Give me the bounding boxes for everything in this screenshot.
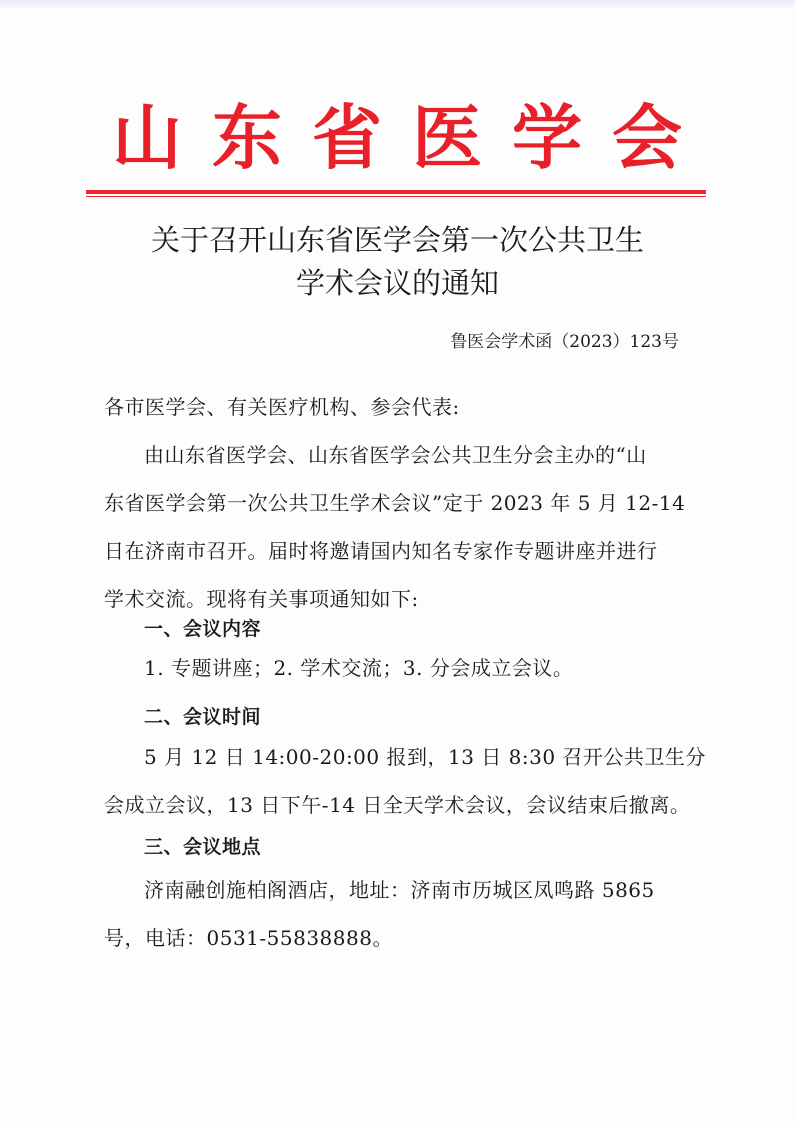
section-heading: 一、会议内容 xyxy=(144,617,728,641)
section-heading: 二、会议时间 xyxy=(144,705,728,729)
intro-line: 学术交流。现将有关事项通知如下: xyxy=(104,587,688,611)
letterhead-char: 东 xyxy=(212,98,282,178)
scan-edge xyxy=(0,0,795,10)
intro-line: 日在济南市召开。届时将邀请国内知名专家作专题讲座并进行 xyxy=(104,539,688,563)
letterhead-char: 山 xyxy=(112,98,182,178)
section-text: 会成立会议，13 日下午-14 日全天学术会议，会议结束后撤离。 xyxy=(104,793,688,817)
section-text: 5 月 12 日 14:00-20:00 报到，13 日 8:30 召开公共卫生… xyxy=(144,745,728,769)
letterhead-title: 山 东 省 医 学 会 xyxy=(112,98,682,178)
section-heading: 三、会议地点 xyxy=(144,835,728,859)
letterhead-divider-thin xyxy=(86,196,706,197)
section-text: 济南融创施柏阁酒店，地址：济南市历城区凤鸣路 5865 xyxy=(144,878,728,902)
document-title-line-1: 关于召开山东省医学会第一次公共卫生 xyxy=(0,222,795,258)
intro-line: 东省医学会第一次公共卫生学术会议”定于 2023 年 5 月 12-14 xyxy=(104,491,688,515)
document-number: 鲁医会学术函（2023）123号 xyxy=(450,330,679,354)
document-title-line-2: 学术会议的通知 xyxy=(0,265,795,301)
section-text: 1. 专题讲座；2. 学术交流；3. 分会成立会议。 xyxy=(144,656,728,680)
letterhead-char: 会 xyxy=(612,98,682,178)
letterhead-char: 学 xyxy=(512,98,582,178)
intro-line: 由山东省医学会、山东省医学会公共卫生分会主办的“山 xyxy=(144,443,728,467)
salutation: 各市医学会、有关医疗机构、参会代表: xyxy=(104,395,688,419)
letterhead-char: 省 xyxy=(312,98,382,178)
section-text: 号，电话：0531-55838888。 xyxy=(104,926,688,950)
letterhead-char: 医 xyxy=(412,98,482,178)
letterhead-divider-thick xyxy=(86,190,706,194)
